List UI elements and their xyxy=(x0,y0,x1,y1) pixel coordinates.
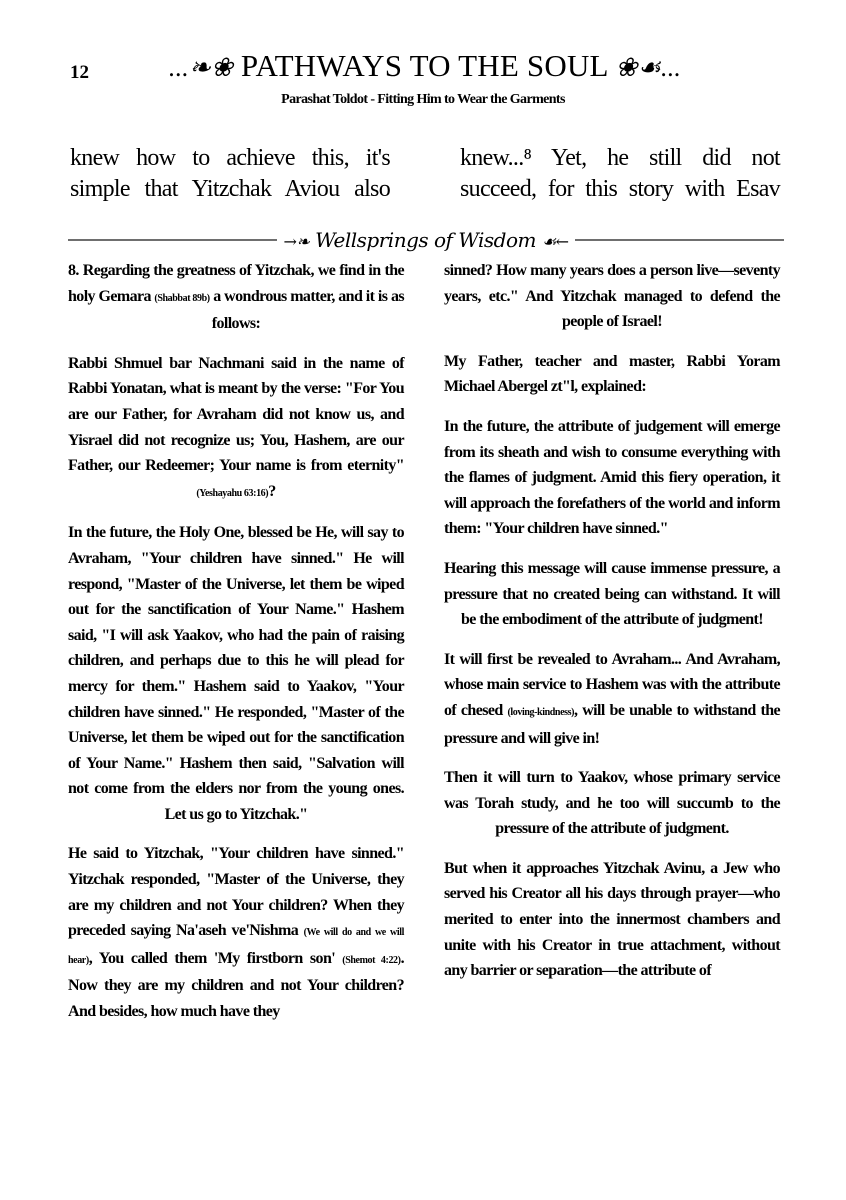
paragraph: But when it approaches Yitzchak Avinu, a… xyxy=(444,856,780,984)
ornament-right-icon: ❀☙... xyxy=(616,53,682,82)
body-text: knew how to achieve this, it's simple th… xyxy=(70,143,780,205)
section-title: Wellsprings of Wisdom xyxy=(315,228,536,252)
citation: (Yeshayahu 63:16) xyxy=(196,488,268,499)
body-column-left: knew how to achieve this, it's simple th… xyxy=(70,143,390,205)
citation: (loving-kindness) xyxy=(507,707,574,718)
paragraph: My Father, teacher and master, Rabbi Yor… xyxy=(444,349,780,400)
paragraph-text: He said to Yitzchak, "Your children have… xyxy=(68,845,404,939)
page-number: 12 xyxy=(70,62,89,84)
paragraph: It will first be revealed to Avraham... … xyxy=(444,647,780,751)
paragraph-text: ? xyxy=(268,483,275,500)
paragraph: He said to Yitzchak, "Your children have… xyxy=(68,841,404,1024)
section-divider: →❧ Wellsprings of Wisdom ☙← xyxy=(68,227,784,253)
book-title: PATHWAYS TO THE SOUL xyxy=(241,48,608,83)
citation: (Shemot 4:22) xyxy=(342,955,400,966)
paragraph: Then it will turn to Yaakov, whose prima… xyxy=(444,765,780,842)
paragraph: sinned? How many years does a person liv… xyxy=(444,258,780,335)
left-column: 8. Regarding the greatness of Yitzchak, … xyxy=(68,258,404,1039)
paragraph: Rabbi Shmuel bar Nachmani said in the na… xyxy=(68,351,404,507)
right-column: sinned? How many years does a person liv… xyxy=(444,258,780,1039)
flourish-right-icon: ☙← xyxy=(542,232,569,251)
body-column-right: knew...⁸ Yet, he still did not succeed, … xyxy=(460,143,780,205)
paragraph: 8. Regarding the greatness of Yitzchak, … xyxy=(68,258,404,337)
section-heading: →❧ Wellsprings of Wisdom ☙← xyxy=(277,228,574,252)
divider-rule-right xyxy=(575,239,784,241)
running-title: ...❧❀ PATHWAYS TO THE SOUL ❀☙... xyxy=(130,48,720,84)
paragraph: Hearing this message will cause immense … xyxy=(444,556,780,633)
paragraph-text: Rabbi Shmuel bar Nachmani said in the na… xyxy=(68,355,404,474)
paragraph: In the future, the Holy One, blessed be … xyxy=(68,520,404,827)
divider-rule-left xyxy=(68,239,277,241)
ornament-left-icon: ...❧❀ xyxy=(169,53,233,82)
citation: (Shabbat 89b) xyxy=(154,293,209,304)
flourish-left-icon: →❧ xyxy=(283,232,309,251)
sidebar-columns: 8. Regarding the greatness of Yitzchak, … xyxy=(68,258,780,1039)
chapter-subtitle: Parashat Toldot - Fitting Him to Wear th… xyxy=(0,92,846,108)
paragraph-text: a wondrous matter, and it is as follows: xyxy=(212,288,404,333)
paragraph: In the future, the attribute of judgemen… xyxy=(444,414,780,542)
paragraph-text: , You called them 'My firstborn son' xyxy=(89,950,335,967)
